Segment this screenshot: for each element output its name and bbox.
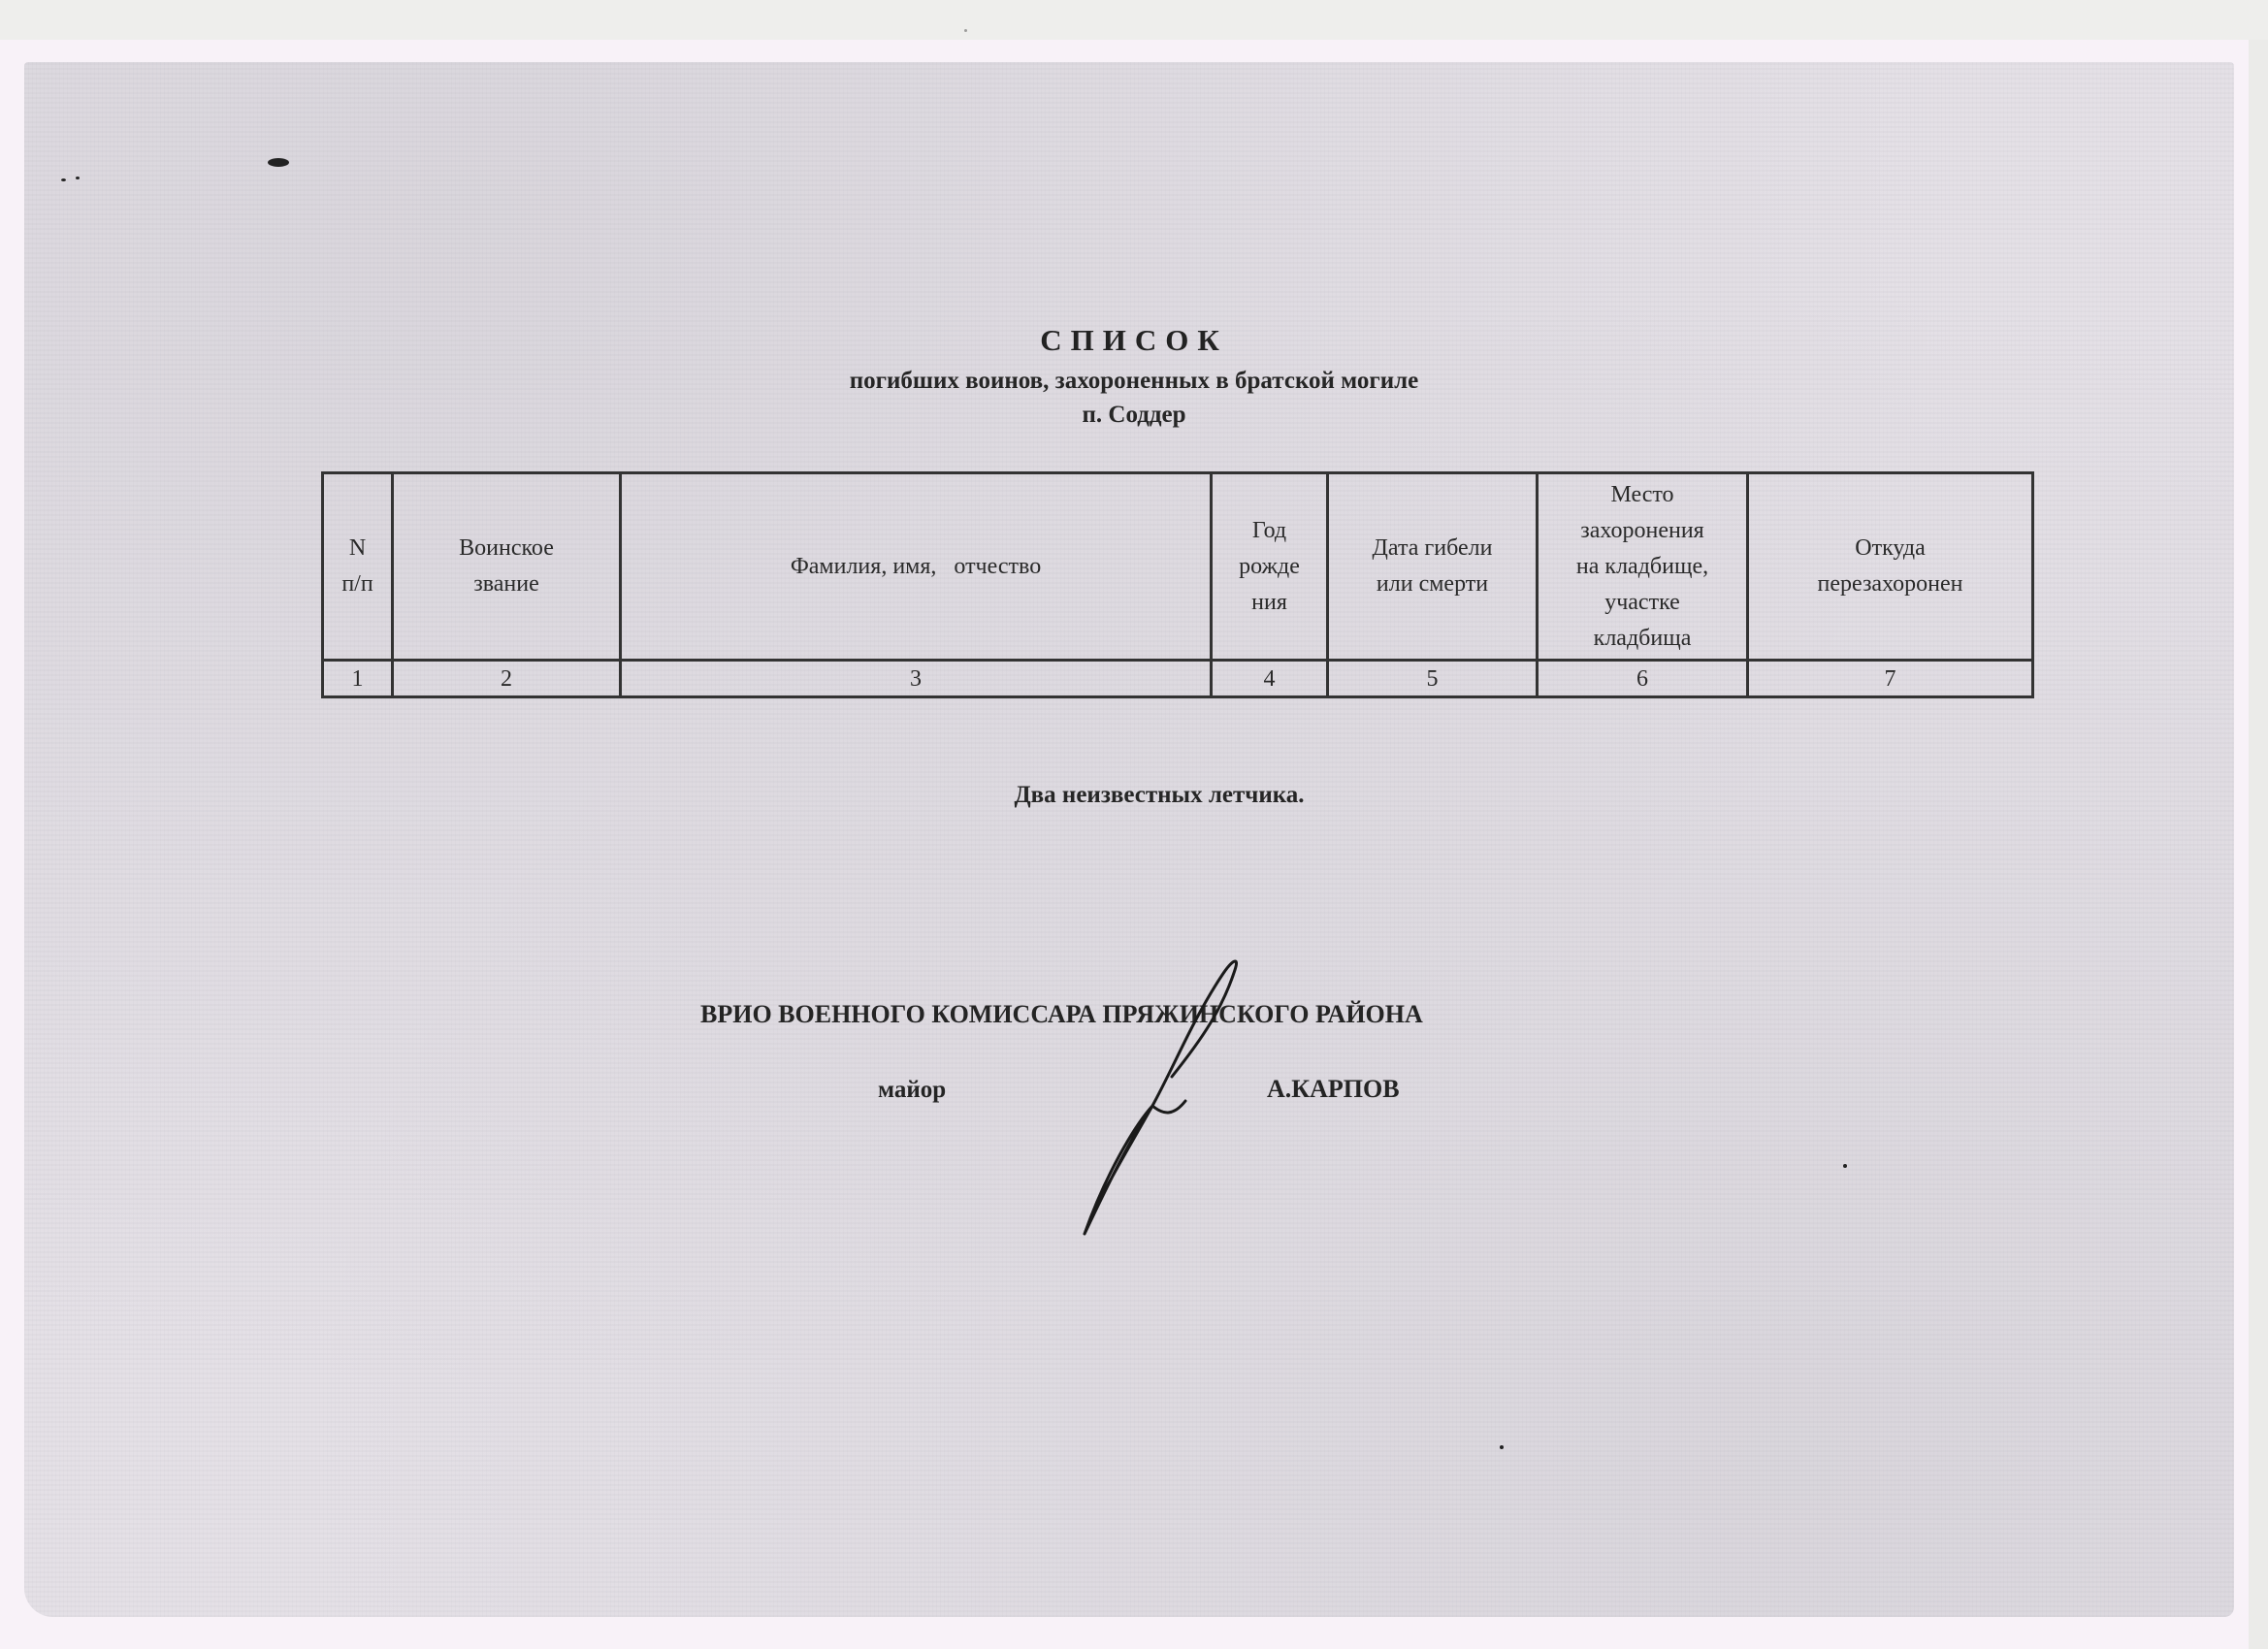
table-header-row: Nп/п Воинскоезвание Фамилия, имя, отчест…	[323, 473, 2033, 661]
column-header-full-name: Фамилия, имя, отчество	[621, 473, 1212, 661]
column-header-line: звание	[473, 571, 539, 597]
burial-note: Два неизвестных летчика.	[0, 781, 2268, 810]
column-header-line: N	[349, 535, 366, 561]
column-header-line: Откуда	[1855, 535, 1926, 561]
ink-dot	[61, 178, 66, 181]
column-header-line: захоронения	[1580, 518, 1703, 543]
column-number: 2	[393, 661, 621, 697]
ink-dot	[1500, 1445, 1504, 1449]
table-column-numbers-row: 1 2 3 4 5 6 7	[323, 661, 2033, 697]
column-header-line: на кладбище,	[1576, 554, 1708, 579]
column-header-rank: Воинскоезвание	[393, 473, 621, 661]
column-number: 3	[621, 661, 1212, 697]
column-header-line: перезахоронен	[1818, 571, 1963, 597]
column-number: 4	[1212, 661, 1328, 697]
column-number: 5	[1328, 661, 1538, 697]
column-number: 6	[1538, 661, 1748, 697]
column-header-line: Фамилия, имя, отчество	[791, 554, 1041, 579]
column-header-line: Год	[1252, 518, 1286, 543]
column-header-reburied-from: Откудаперезахоронен	[1748, 473, 2033, 661]
column-number: 1	[323, 661, 393, 697]
column-header-number: Nп/п	[323, 473, 393, 661]
column-header-line: участке	[1604, 590, 1680, 615]
column-header-death-date: Дата гибелиили смерти	[1328, 473, 1538, 661]
ink-blot	[268, 158, 289, 167]
column-header-line: Дата гибели	[1373, 535, 1493, 561]
document-subtitle: погибших воинов, захороненных в братской…	[0, 367, 2268, 396]
column-header-line: кладбища	[1594, 626, 1692, 651]
column-header-line: или смерти	[1377, 571, 1488, 597]
signatory-rank: майор	[878, 1076, 946, 1105]
column-header-line: п/п	[341, 571, 373, 597]
ink-dot	[76, 177, 80, 179]
handwritten-signature-icon	[1028, 931, 1300, 1251]
document-title: СПИСОК	[0, 323, 2268, 358]
column-header-line: ния	[1251, 590, 1287, 615]
ink-dot	[1843, 1164, 1847, 1168]
burial-list-table: Nп/п Воинскоезвание Фамилия, имя, отчест…	[321, 471, 2034, 698]
column-header-line: Место	[1610, 482, 1673, 507]
scanner-background-right	[2249, 40, 2268, 1649]
column-header-burial-place: Местозахороненияна кладбище,участкекладб…	[1538, 473, 1748, 661]
column-header-birth-year: Годрождения	[1212, 473, 1328, 661]
printed-area	[24, 62, 2234, 1617]
column-header-line: Воинское	[459, 535, 554, 561]
document-place: п. Соддер	[0, 401, 2268, 430]
scanner-background-top	[0, 0, 2268, 40]
column-header-line: рожде	[1239, 554, 1300, 579]
ink-dot	[964, 29, 967, 32]
column-number: 7	[1748, 661, 2033, 697]
